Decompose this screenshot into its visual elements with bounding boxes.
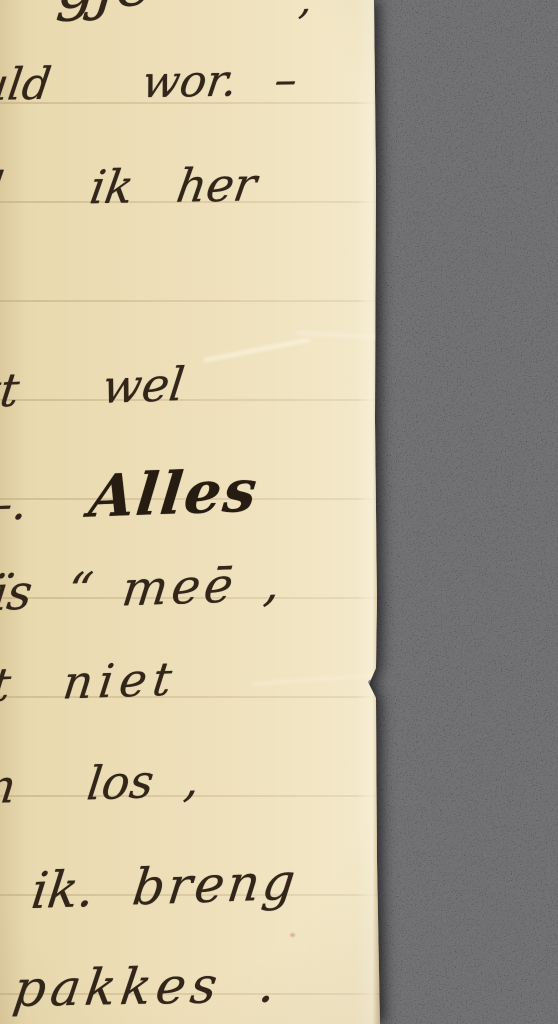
handwritten-word: her: [173, 157, 260, 213]
handwritten-word: niet: [60, 651, 181, 709]
handwritten-word: ïs: [0, 564, 35, 622]
handwritten-word: Alles: [86, 456, 262, 530]
paper-shadow-wrap: gje‚ uldwor.– likher ttwel –.Alles ïs“me…: [0, 0, 558, 1024]
handwriting-line-4: ttwel: [0, 357, 188, 418]
handwritten-word: –.: [0, 476, 30, 532]
handwritten-word: .: [256, 955, 280, 1013]
handwritten-word: wel: [100, 357, 188, 414]
handwritten-word: breng: [130, 853, 302, 917]
handwritten-word: ik.: [28, 860, 97, 920]
handwritten-word: –: [271, 54, 300, 106]
paper-crease: [204, 338, 311, 363]
handwritten-word: “: [64, 562, 95, 619]
handwritten-word: n: [0, 759, 19, 814]
handwritten-word: ik: [86, 159, 137, 214]
handwritten-word: ‚: [297, 0, 315, 24]
handwriting-line-8: nlos‚: [0, 752, 202, 814]
handwriting-line-6: ïs“meē,: [0, 556, 283, 622]
handwritten-word: t: [0, 657, 14, 712]
paper-tear-notch: [368, 679, 376, 686]
photograph: gje‚ uldwor.– likher ttwel –.Alles ïs“me…: [0, 0, 558, 1024]
handwritten-word: pakkes: [10, 956, 226, 1018]
handwritten-word: uld: [0, 59, 54, 111]
handwritten-word: wor.: [139, 55, 241, 108]
handwriting-line-10: pakkes.: [10, 955, 280, 1018]
handwritten-word: los: [84, 754, 157, 811]
handwritten-word: ‚: [181, 752, 202, 807]
handwriting-line-2: uldwor.–: [0, 54, 300, 111]
handwritten-word: ,: [261, 556, 283, 613]
manuscript-page: gje‚ uldwor.– likher ttwel –.Alles ïs“me…: [0, 0, 382, 1024]
handwritten-word: tt: [0, 363, 22, 419]
handwriting-line-1: gje‚: [54, 0, 318, 23]
paper-blemish: [290, 933, 295, 937]
handwritten-word: gje: [54, 0, 157, 23]
handwritten-word: meē: [119, 557, 240, 617]
handwriting-line-7: tniet: [0, 651, 181, 712]
handwritten-word: l: [0, 162, 7, 216]
handwriting-line-5: –.Alles: [0, 456, 262, 534]
handwriting-line-3: likher: [0, 157, 260, 216]
handwriting-line-9: ik.breng: [28, 853, 301, 921]
paper-crease: [252, 674, 376, 686]
